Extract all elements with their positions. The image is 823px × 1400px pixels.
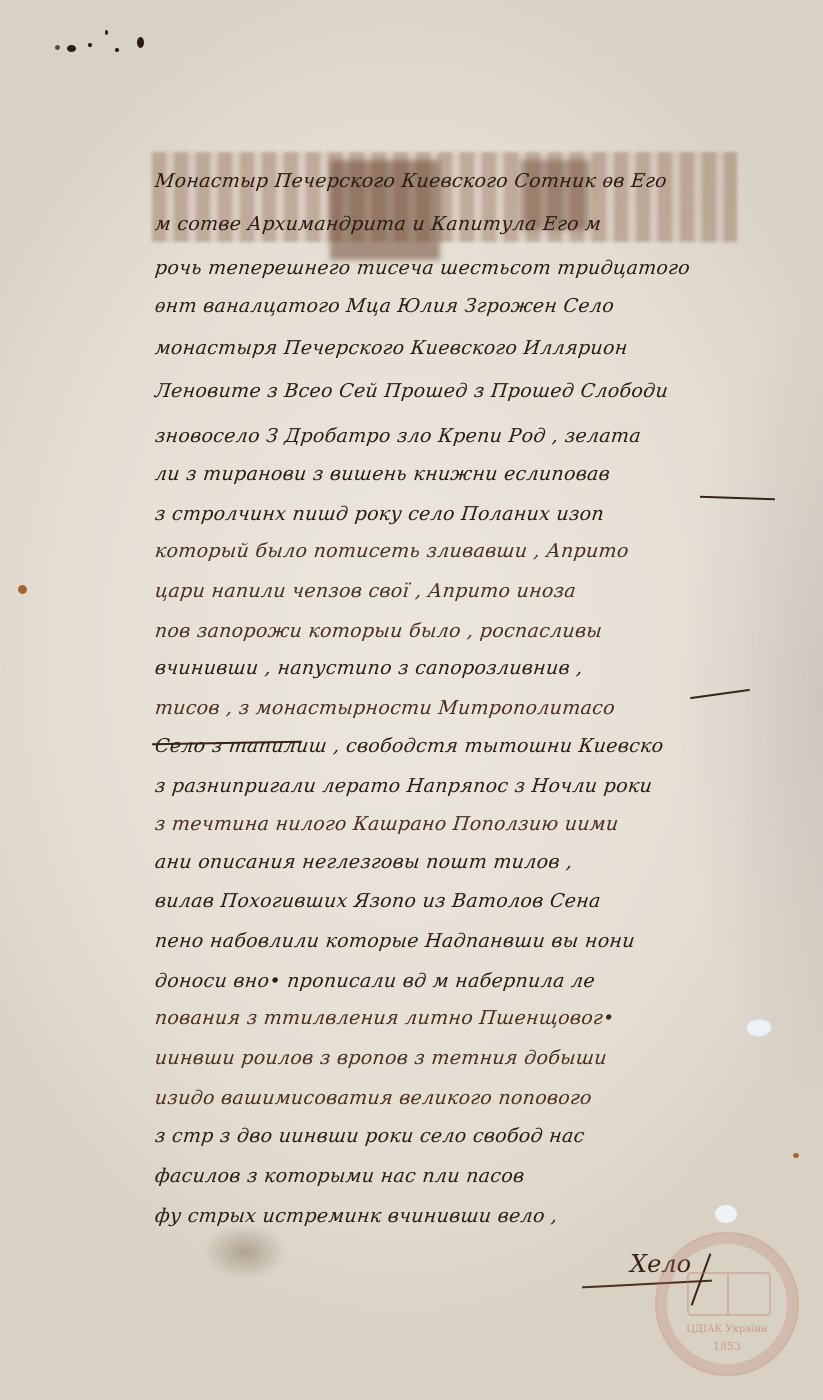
pen-flourish [700, 496, 775, 501]
text-line: ли з тиранови з вишень книжни еслиповав [154, 463, 611, 485]
text-line: доноси вно• прописали вд м наберпила ле [154, 970, 596, 992]
ink-speck [115, 48, 119, 52]
text-line: м сотве Архимандрита и Капитула Его м [154, 213, 603, 235]
text-line: цари напили чепзов свої , Априто иноза [154, 580, 577, 602]
text-line: вилав Похогивших Язопо из Ватолов Сена [154, 890, 602, 912]
text-line: пов запорожи которыи было , роспасливы [154, 620, 604, 642]
paper-hole [715, 1205, 737, 1223]
archive-stamp: ЦДІАК України 1853 [655, 1232, 799, 1376]
text-line: пено набовлили которые Надпанвши вы нони [154, 930, 636, 952]
text-line: вчинивши , напустипо з сапорозливнив , [154, 657, 584, 679]
text-line: з стролчинх пишд року село Поланих изоп [154, 503, 605, 525]
stamp-year: 1853 [657, 1340, 797, 1353]
ink-speck [67, 45, 76, 52]
ink-speck [88, 43, 92, 47]
text-line: Леновите з Всео Сей Прошед з Прошед Слоб… [154, 380, 669, 402]
text-line: пования з ттилвления литно Пшенщовог• [154, 1007, 616, 1029]
text-line: тисов , з монастырности Митрополитасо [154, 697, 616, 719]
text-line: ѳнт ваналцатого Мца Юлия Згрожен Село [154, 295, 615, 317]
text-line: изидо вашимисоватия великого попового [154, 1087, 593, 1109]
ink-speck [55, 45, 60, 50]
text-line: з стр з дво иинвши роки село свобод нас [154, 1125, 586, 1147]
stain [18, 585, 27, 594]
text-line: монастыря Печерского Киевского Иллярион [154, 337, 629, 359]
stamp-label: ЦДІАК України [657, 1324, 797, 1335]
text-line: который было потисеть зливавши , Априто [154, 540, 630, 562]
ink-speck [137, 37, 144, 48]
text-line: з разнипригали лерато Напряпос з Ночли р… [154, 775, 654, 797]
paper-hole [745, 1018, 773, 1038]
stain [793, 1153, 799, 1158]
text-line: иинвши роилов з вропов з тетния добыши [154, 1047, 608, 1069]
text-line: ани описания неглезговы пошт тилов , [154, 851, 574, 873]
text-line: фу стрых истреминк вчинивши вело , [154, 1205, 559, 1227]
book-icon [687, 1272, 771, 1316]
pen-flourish [690, 689, 750, 699]
text-line: Село з тапилиш , свободстя тытошни Киевс… [154, 735, 665, 757]
text-line: фасилов з которыми нас пли пасов [154, 1165, 526, 1187]
text-line: зновосело З Дробатро зло Крепи Род , зел… [154, 425, 642, 447]
text-line: Монастыр Печерского Киевского Сотник ѳв … [154, 170, 668, 192]
ink-speck [105, 30, 108, 35]
manuscript-page: Монастыр Печерского Киевского Сотник ѳв … [0, 0, 823, 1400]
text-line: рочь теперешнего тисеча шестьсот тридцат… [154, 257, 691, 279]
text-line: з течтина нилого Кашрано Поползию иими [154, 813, 620, 835]
